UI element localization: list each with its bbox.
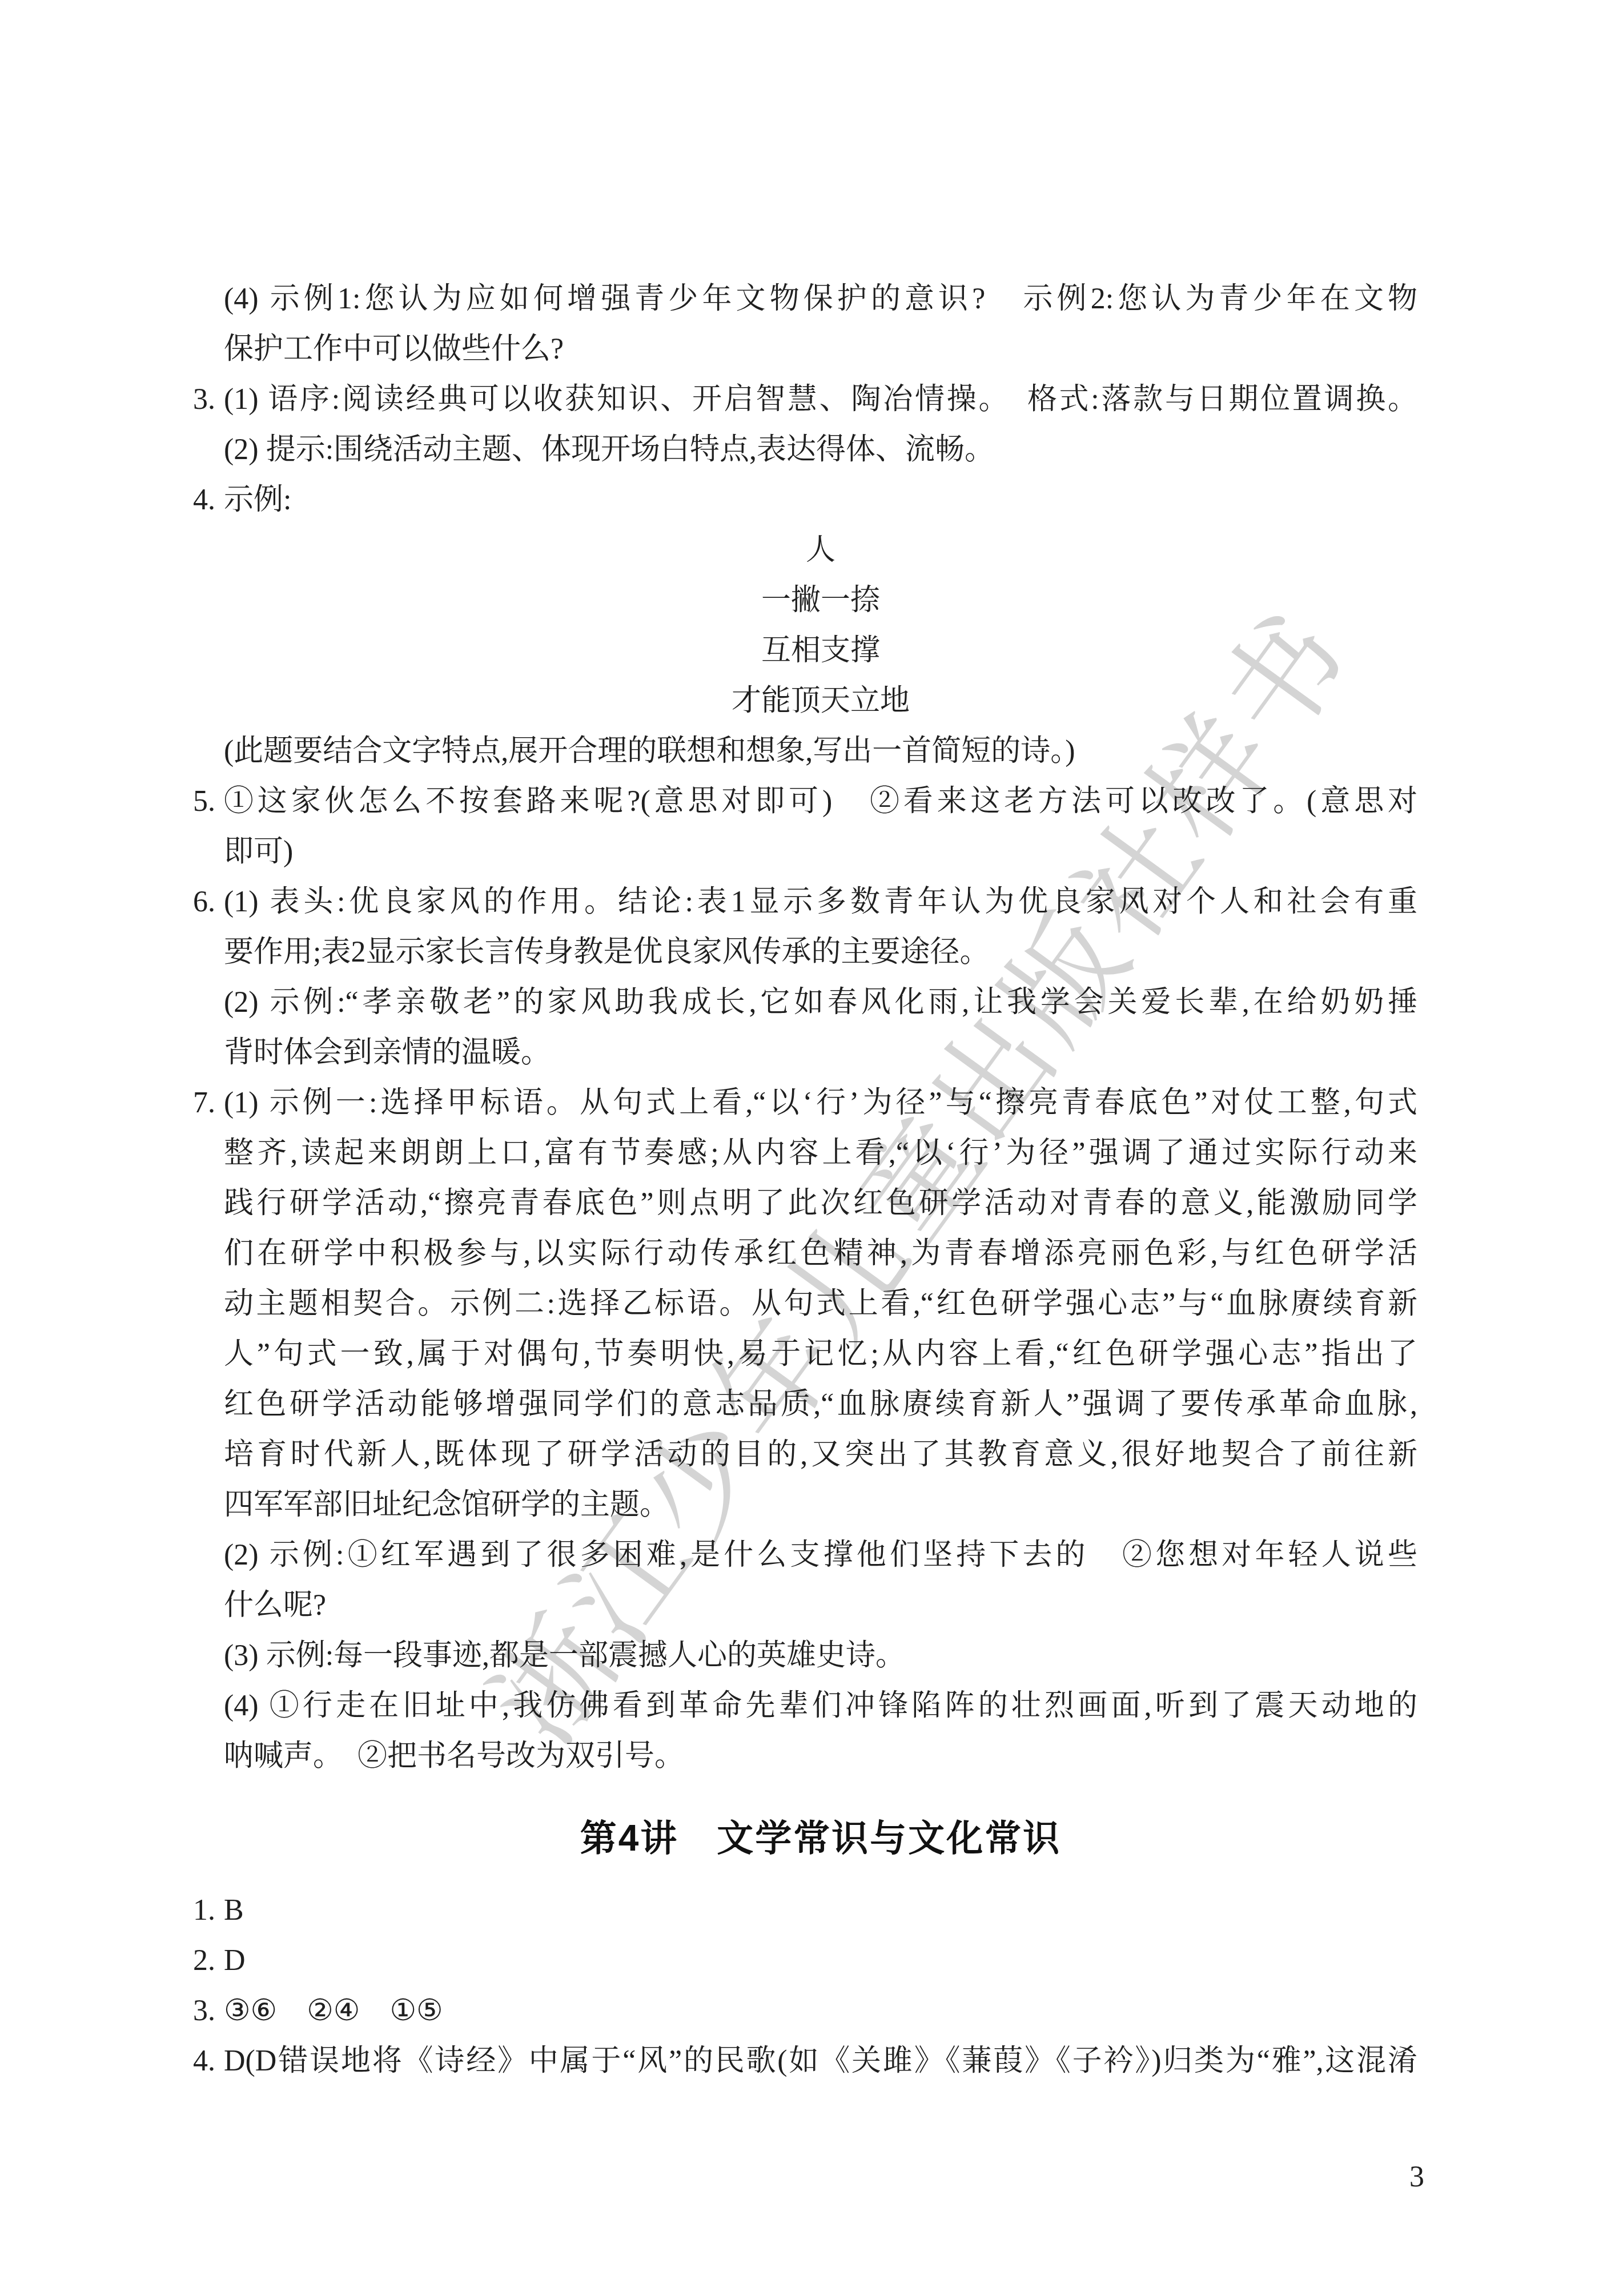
line-text: 人 [806, 534, 835, 566]
answer-line: 红色研学活动能够增强同学们的意志品质,“血脉赓续育新人”强调了要传承革命血脉, [0, 1380, 1623, 1430]
line-text: 践行研学活动,“擦亮青春底色”则点明了此次红色研学活动对青春的意义,能激励同学 [224, 1187, 1417, 1220]
item-number: 3. [193, 1986, 215, 2036]
line-text: 呐喊声。 ②把书名号改为双引号。 [224, 1740, 684, 1772]
poem-line: 才能顶天立地 [0, 676, 1623, 726]
line-text: 四军军部旧址纪念馆研学的主题。 [224, 1489, 669, 1521]
item-number: 2. [193, 1936, 215, 1986]
answer-line: (2) 示例:①红军遇到了很多困难,是什么支撑他们坚持下去的 ②您想对年轻人说些 [0, 1530, 1623, 1581]
line-text: 红色研学活动能够增强同学们的意志品质,“血脉赓续育新人”强调了要传承革命血脉, [224, 1388, 1417, 1421]
answer-line: (4) ①行走在旧址中,我仿佛看到革命先辈们冲锋陷阵的壮烈画面,听到了震天动地的 [0, 1681, 1623, 1731]
answer-line: 要作用;表2显示家长言传身教是优良家风传承的主要途径。 [0, 927, 1623, 978]
answer-line: 5.①这家伙怎么不按套路来呢?(意思对即可) ②看来这老方法可以改改了。(意思对 [0, 777, 1623, 827]
line-text: 第4讲 文学常识与文化常识 [580, 1818, 1062, 1859]
line-text: D [224, 1944, 246, 1977]
item-number: 5. [193, 777, 215, 827]
answer-line: 培育时代新人,既体现了研学活动的目的,又突出了其教育意义,很好地契合了前往新 [0, 1430, 1623, 1480]
line-text: (4) ①行走在旧址中,我仿佛看到革命先辈们冲锋陷阵的壮烈画面,听到了震天动地的 [224, 1690, 1417, 1722]
answer-line: 3.(1) 语序:阅读经典可以收获知识、开启智慧、陶冶情操。 格式:落款与日期位… [0, 375, 1623, 425]
line-text: 背时体会到亲情的温暖。 [224, 1036, 551, 1069]
line-text: 什么呢? [224, 1589, 326, 1622]
answer-line: 6.(1) 表头:优良家风的作用。结论:表1显示多数青年认为优良家风对个人和社会… [0, 877, 1623, 927]
answer-line: 们在研学中积极参与,以实际行动传承红色精神,为青春增添亮丽色彩,与红色研学活 [0, 1229, 1623, 1279]
section-heading: 第4讲 文学常识与文化常识 [224, 1803, 1417, 1873]
answer-line: (此题要结合文字特点,展开合理的联想和想象,写出一首简短的诗。) [0, 726, 1623, 777]
answer-lines: (4) 示例1:您认为应如何增强青少年文物保护的意识? 示例2:您认为青少年在文… [0, 274, 1623, 2086]
item-number: 3. [193, 375, 215, 425]
line-text: 示例: [224, 484, 291, 516]
line-text: 人”句式一致,属于对偶句,节奏明快,易于记忆;从内容上看,“红色研学强心志”指出… [224, 1338, 1417, 1370]
line-text: (2) 示例:“孝亲敬老”的家风助我成长,它如春风化雨,让我学会关爱长辈,在给奶… [224, 986, 1417, 1019]
answer-line: 什么呢? [0, 1581, 1623, 1631]
answer-line: (2) 示例:“孝亲敬老”的家风助我成长,它如春风化雨,让我学会关爱长辈,在给奶… [0, 978, 1623, 1028]
item-number: 4. [193, 2036, 215, 2086]
line-text: ③⑥ ②④ ①⑤ [224, 1995, 443, 2027]
answer-line: 践行研学活动,“擦亮青春底色”则点明了此次红色研学活动对青春的意义,能激励同学 [0, 1179, 1623, 1229]
answer-line: 2.D [0, 1936, 1623, 1986]
line-text: 保护工作中可以做些什么? [224, 333, 564, 365]
line-text: 要作用;表2显示家长言传身教是优良家风传承的主要途径。 [224, 936, 989, 968]
answer-line: (2) 提示:围绕活动主题、体现开场白特点,表达得体、流畅。 [0, 425, 1623, 475]
line-text: (此题要结合文字特点,展开合理的联想和想象,写出一首简短的诗。) [224, 735, 1075, 767]
item-number: 6. [193, 877, 215, 927]
line-text: 动主题相契合。示例二:选择乙标语。从句式上看,“红色研学强心志”与“血脉赓续育新 [224, 1288, 1417, 1320]
answer-line: 4.D(D错误地将《诗经》中属于“风”的民歌(如《关雎》《蒹葭》《子衿》)归类为… [0, 2036, 1623, 2086]
line-text: (4) 示例1:您认为应如何增强青少年文物保护的意识? 示例2:您认为青少年在文… [224, 283, 1417, 315]
item-number: 7. [193, 1078, 215, 1128]
answer-line: 1.B [0, 1885, 1623, 1936]
answer-line: 即可) [0, 827, 1623, 877]
line-text: 才能顶天立地 [732, 685, 910, 717]
answer-line: 3.③⑥ ②④ ①⑤ [0, 1986, 1623, 2036]
line-text: 互相支撑 [761, 634, 880, 667]
page-number: 3 [1409, 2152, 1424, 2202]
line-text: 培育时代新人,既体现了研学活动的目的,又突出了其教育意义,很好地契合了前往新 [224, 1438, 1417, 1471]
line-text: B [224, 1894, 244, 1927]
line-text: (2) 示例:①红军遇到了很多困难,是什么支撑他们坚持下去的 ②您想对年轻人说些 [224, 1539, 1417, 1571]
answer-line: 四军军部旧址纪念馆研学的主题。 [0, 1480, 1623, 1530]
line-text: (1) 示例一:选择甲标语。从句式上看,“以‘行’为径”与“擦亮青春底色”对仗工… [224, 1087, 1417, 1119]
line-text: (1) 语序:阅读经典可以收获知识、开启智慧、陶冶情操。 格式:落款与日期位置调… [224, 383, 1417, 416]
answer-line: 保护工作中可以做些什么? [0, 324, 1623, 375]
line-text: (3) 示例:每一段事迹,都是一部震撼人心的英雄史诗。 [224, 1639, 905, 1672]
answer-line: 呐喊声。 ②把书名号改为双引号。 [0, 1731, 1623, 1782]
line-text: 们在研学中积极参与,以实际行动传承红色精神,为青春增添亮丽色彩,与红色研学活 [224, 1237, 1417, 1270]
answer-line: 7.(1) 示例一:选择甲标语。从句式上看,“以‘行’为径”与“擦亮青春底色”对… [0, 1078, 1623, 1128]
item-number: 1. [193, 1885, 215, 1936]
item-number: 4. [193, 475, 215, 525]
answer-line: (3) 示例:每一段事迹,都是一部震撼人心的英雄史诗。 [0, 1631, 1623, 1681]
line-text: 整齐,读起来朗朗上口,富有节奏感;从内容上看,“以‘行’为径”强调了通过实际行动… [224, 1137, 1417, 1169]
line-text: 即可) [224, 835, 293, 868]
workbook-answer-page: { "document": { "watermark": "浙江少年儿童出版社样… [0, 0, 1623, 2296]
answer-line: (4) 示例1:您认为应如何增强青少年文物保护的意识? 示例2:您认为青少年在文… [0, 274, 1623, 324]
answer-line: 动主题相契合。示例二:选择乙标语。从句式上看,“红色研学强心志”与“血脉赓续育新 [0, 1279, 1623, 1329]
poem-line: 一撇一捺 [0, 576, 1623, 626]
line-text: (2) 提示:围绕活动主题、体现开场白特点,表达得体、流畅。 [224, 433, 994, 466]
line-text: (1) 表头:优良家风的作用。结论:表1显示多数青年认为优良家风对个人和社会有重 [224, 886, 1417, 918]
line-text: D(D错误地将《诗经》中属于“风”的民歌(如《关雎》《蒹葭》《子衿》)归类为“雅… [224, 2045, 1417, 2077]
line-text: ①这家伙怎么不按套路来呢?(意思对即可) ②看来这老方法可以改改了。(意思对 [224, 785, 1417, 818]
line-text: 一撇一捺 [761, 584, 880, 617]
poem-line: 互相支撑 [0, 626, 1623, 676]
answer-line: 背时体会到亲情的温暖。 [0, 1028, 1623, 1078]
poem-line: 人 [0, 525, 1623, 576]
answer-line: 4.示例: [0, 475, 1623, 525]
answer-line: 人”句式一致,属于对偶句,节奏明快,易于记忆;从内容上看,“红色研学强心志”指出… [0, 1329, 1623, 1380]
answer-line: 整齐,读起来朗朗上口,富有节奏感;从内容上看,“以‘行’为径”强调了通过实际行动… [0, 1128, 1623, 1179]
